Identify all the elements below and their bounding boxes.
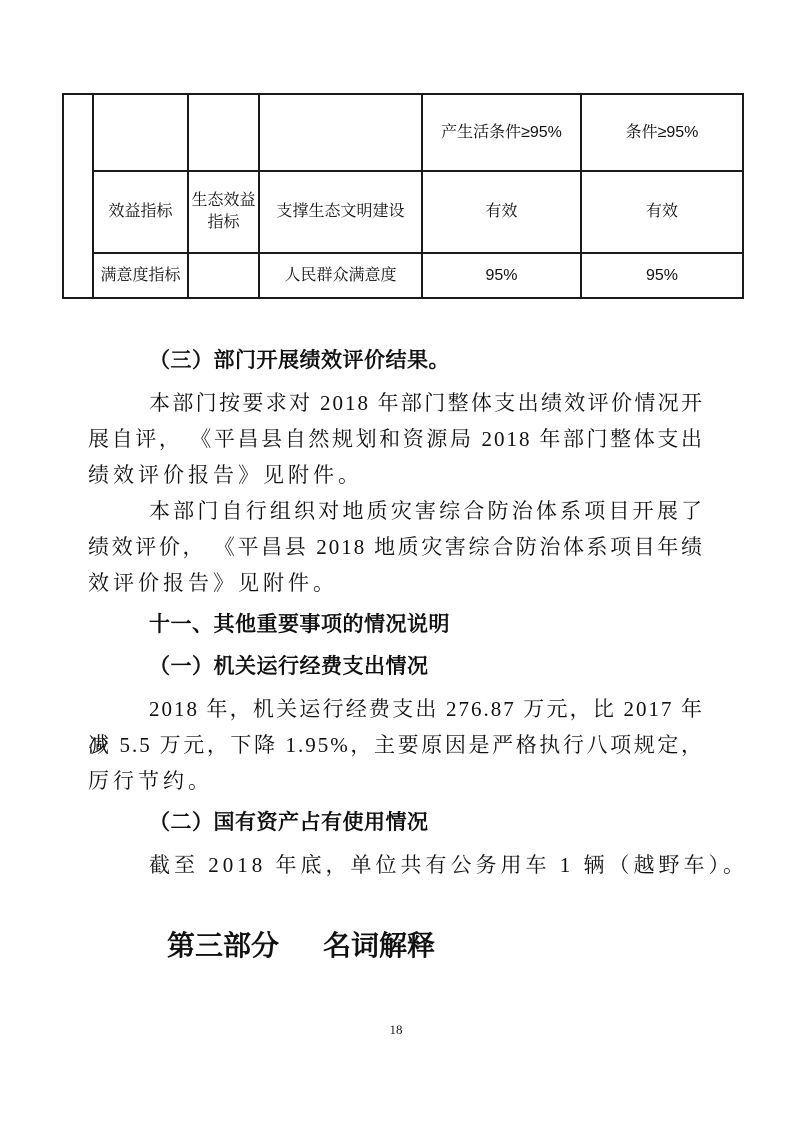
table-cell-satisfaction-result: 95% [581,253,743,298]
table-cell-result-continued: 条件≥95% [581,94,743,171]
table-cell-empty [188,94,259,171]
table-cell-empty [259,94,422,171]
document-body: （三）部门开展绩效评价结果。 本部门按要求对 2018 年部门整体支出绩效评价情… [88,337,704,883]
table-cell-left-span [63,94,93,298]
body-line: 截至 2018 年底，单位共有公务用车 1 辆（越野车）。 [88,847,704,883]
heading-subsection-two: （二）国有资产占有使用情况 [88,805,704,841]
body-line: 本部门自行组织对地质灾害综合防治体系项目开展了 [88,493,704,529]
part-three-title-label: 第三部分 [167,930,279,961]
table-row: 效益指标 生态效益指标 支撑生态文明建设 有效 有效 [63,171,743,253]
body-line: 绩效评价报告》见附件。 [88,457,704,493]
table-cell-public-satisfaction: 人民群众满意度 [259,253,422,298]
table-row: 满意度指标 人民群众满意度 95% 95% [63,253,743,298]
table-cell-satisfaction-target: 95% [422,253,581,298]
body-line: 少 5.5 万元，下降 1.95%，主要原因是严格执行八项规定， [88,727,704,763]
table-cell-eco-benefit-indicator: 生态效益指标 [188,171,259,253]
performance-indicator-table: 产生活条件≥95% 条件≥95% 效益指标 生态效益指标 支撑生态文明建设 有效… [62,93,744,299]
body-line: 绩效评价， 《平昌县 2018 地质灾害综合防治体系项目年绩 [88,529,704,565]
body-line: 效评价报告》见附件。 [88,565,704,601]
table-cell-target-continued: 产生活条件≥95% [422,94,581,171]
body-line: 本部门按要求对 2018 年部门整体支出绩效评价情况开 [88,385,704,421]
document-page: 产生活条件≥95% 条件≥95% 效益指标 生态效益指标 支撑生态文明建设 有效… [0,0,792,1122]
table-cell-effective-target: 有效 [422,171,581,253]
table-cell-empty [188,253,259,298]
body-line: 厉行节约。 [88,763,704,799]
table-cell-eco-civilization: 支撑生态文明建设 [259,171,422,253]
heading-item-eleven: 十一、其他重要事项的情况说明 [88,607,704,643]
part-three-title: 第三部分名词解释 [167,927,435,965]
heading-subsection-one: （一）机关运行经费支出情况 [88,649,704,685]
table-cell-effective-result: 有效 [581,171,743,253]
heading-section-three: （三）部门开展绩效评价结果。 [88,343,704,379]
page-number: 18 [0,1022,792,1038]
table-cell-empty [93,94,188,171]
body-line: 2018 年，机关运行经费支出 276.87 万元，比 2017 年减 [88,691,704,727]
body-line: 展自评， 《平昌县自然规划和资源局 2018 年部门整体支出 [88,421,704,457]
part-three-title-text: 名词解释 [323,930,435,961]
table-row: 产生活条件≥95% 条件≥95% [63,94,743,171]
table-cell-benefit-indicator: 效益指标 [93,171,188,253]
table-cell-satisfaction-indicator: 满意度指标 [93,253,188,298]
